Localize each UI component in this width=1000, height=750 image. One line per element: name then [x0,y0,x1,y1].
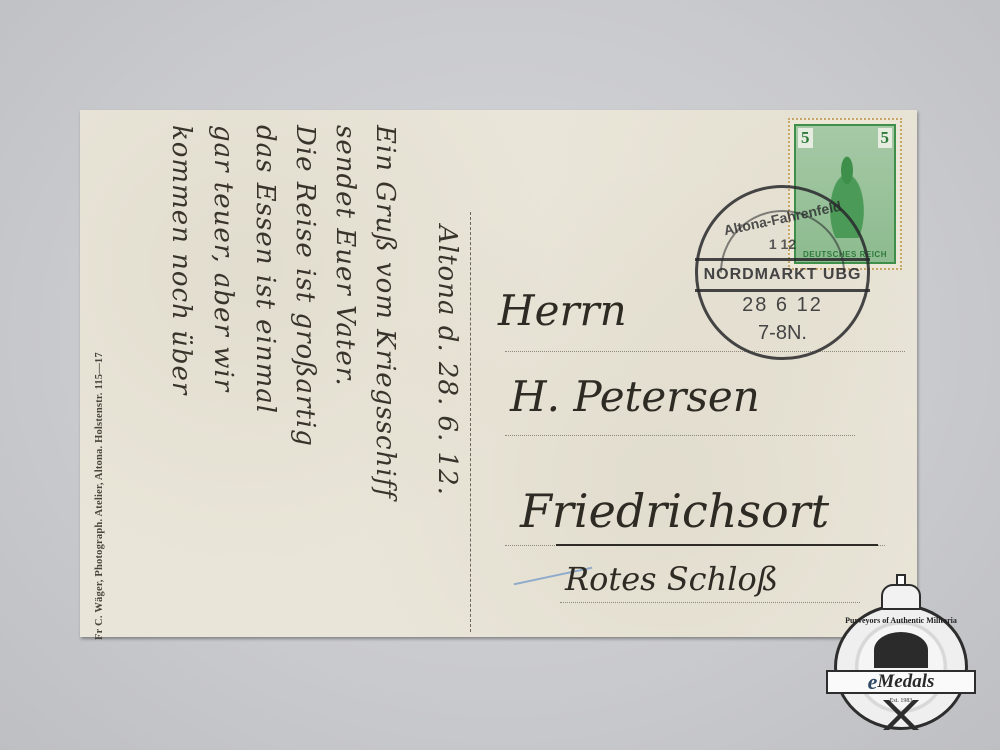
message-line: sendet Euer Vater. [330,125,360,387]
stamp-value-left: 5 [798,128,813,148]
postmark-time: 7-8N. [698,322,867,345]
address-salutation: Herrn [498,286,627,335]
postmark-sub: 1 12 [698,236,867,252]
brand-name: Medals [877,671,934,693]
city-underline [556,544,878,546]
postmark-cancel: Altona-Fahrenfeld 1 12 NORDMARKT UBG 28 … [695,185,870,360]
message-line: gar teuer, aber wir [208,125,238,392]
message-line: das Essen ist einmal [250,125,280,414]
address-city: Friedrichsort [520,484,829,538]
crown-icon [881,584,921,610]
message-line: Ein Gruß vom Kriegsschiff [370,125,400,499]
postmark-date: 28 6 12 [698,294,867,317]
postcard-divider-line [470,212,471,632]
badge-ribbon: eMedals [826,670,976,694]
address-line [560,602,860,603]
address-line [505,435,855,436]
postmark-band: NORDMARKT UBG [695,258,870,292]
photographer-imprint: Fr C. Wäger, Photograph. Atelier, Altona… [94,100,105,640]
address-street: Rotes Schloß [565,560,778,598]
message-line: Die Reise ist großartig [290,125,320,447]
address-line [505,351,905,352]
message-line: Altona d. 28. 6. 12. [432,225,462,496]
griffin-emblem-icon [874,632,928,668]
address-name: H. Petersen [510,372,760,421]
badge-motto: Purveyors of Authentic Militaria [842,616,960,625]
message-line: kommen noch über [166,125,196,395]
crossed-swords-icon [881,700,921,730]
emedals-watermark-logo: Purveyors of Authentic Militaria eMedals… [826,582,976,732]
stamp-value-right: 5 [878,128,893,148]
brand-prefix: e [868,669,878,695]
